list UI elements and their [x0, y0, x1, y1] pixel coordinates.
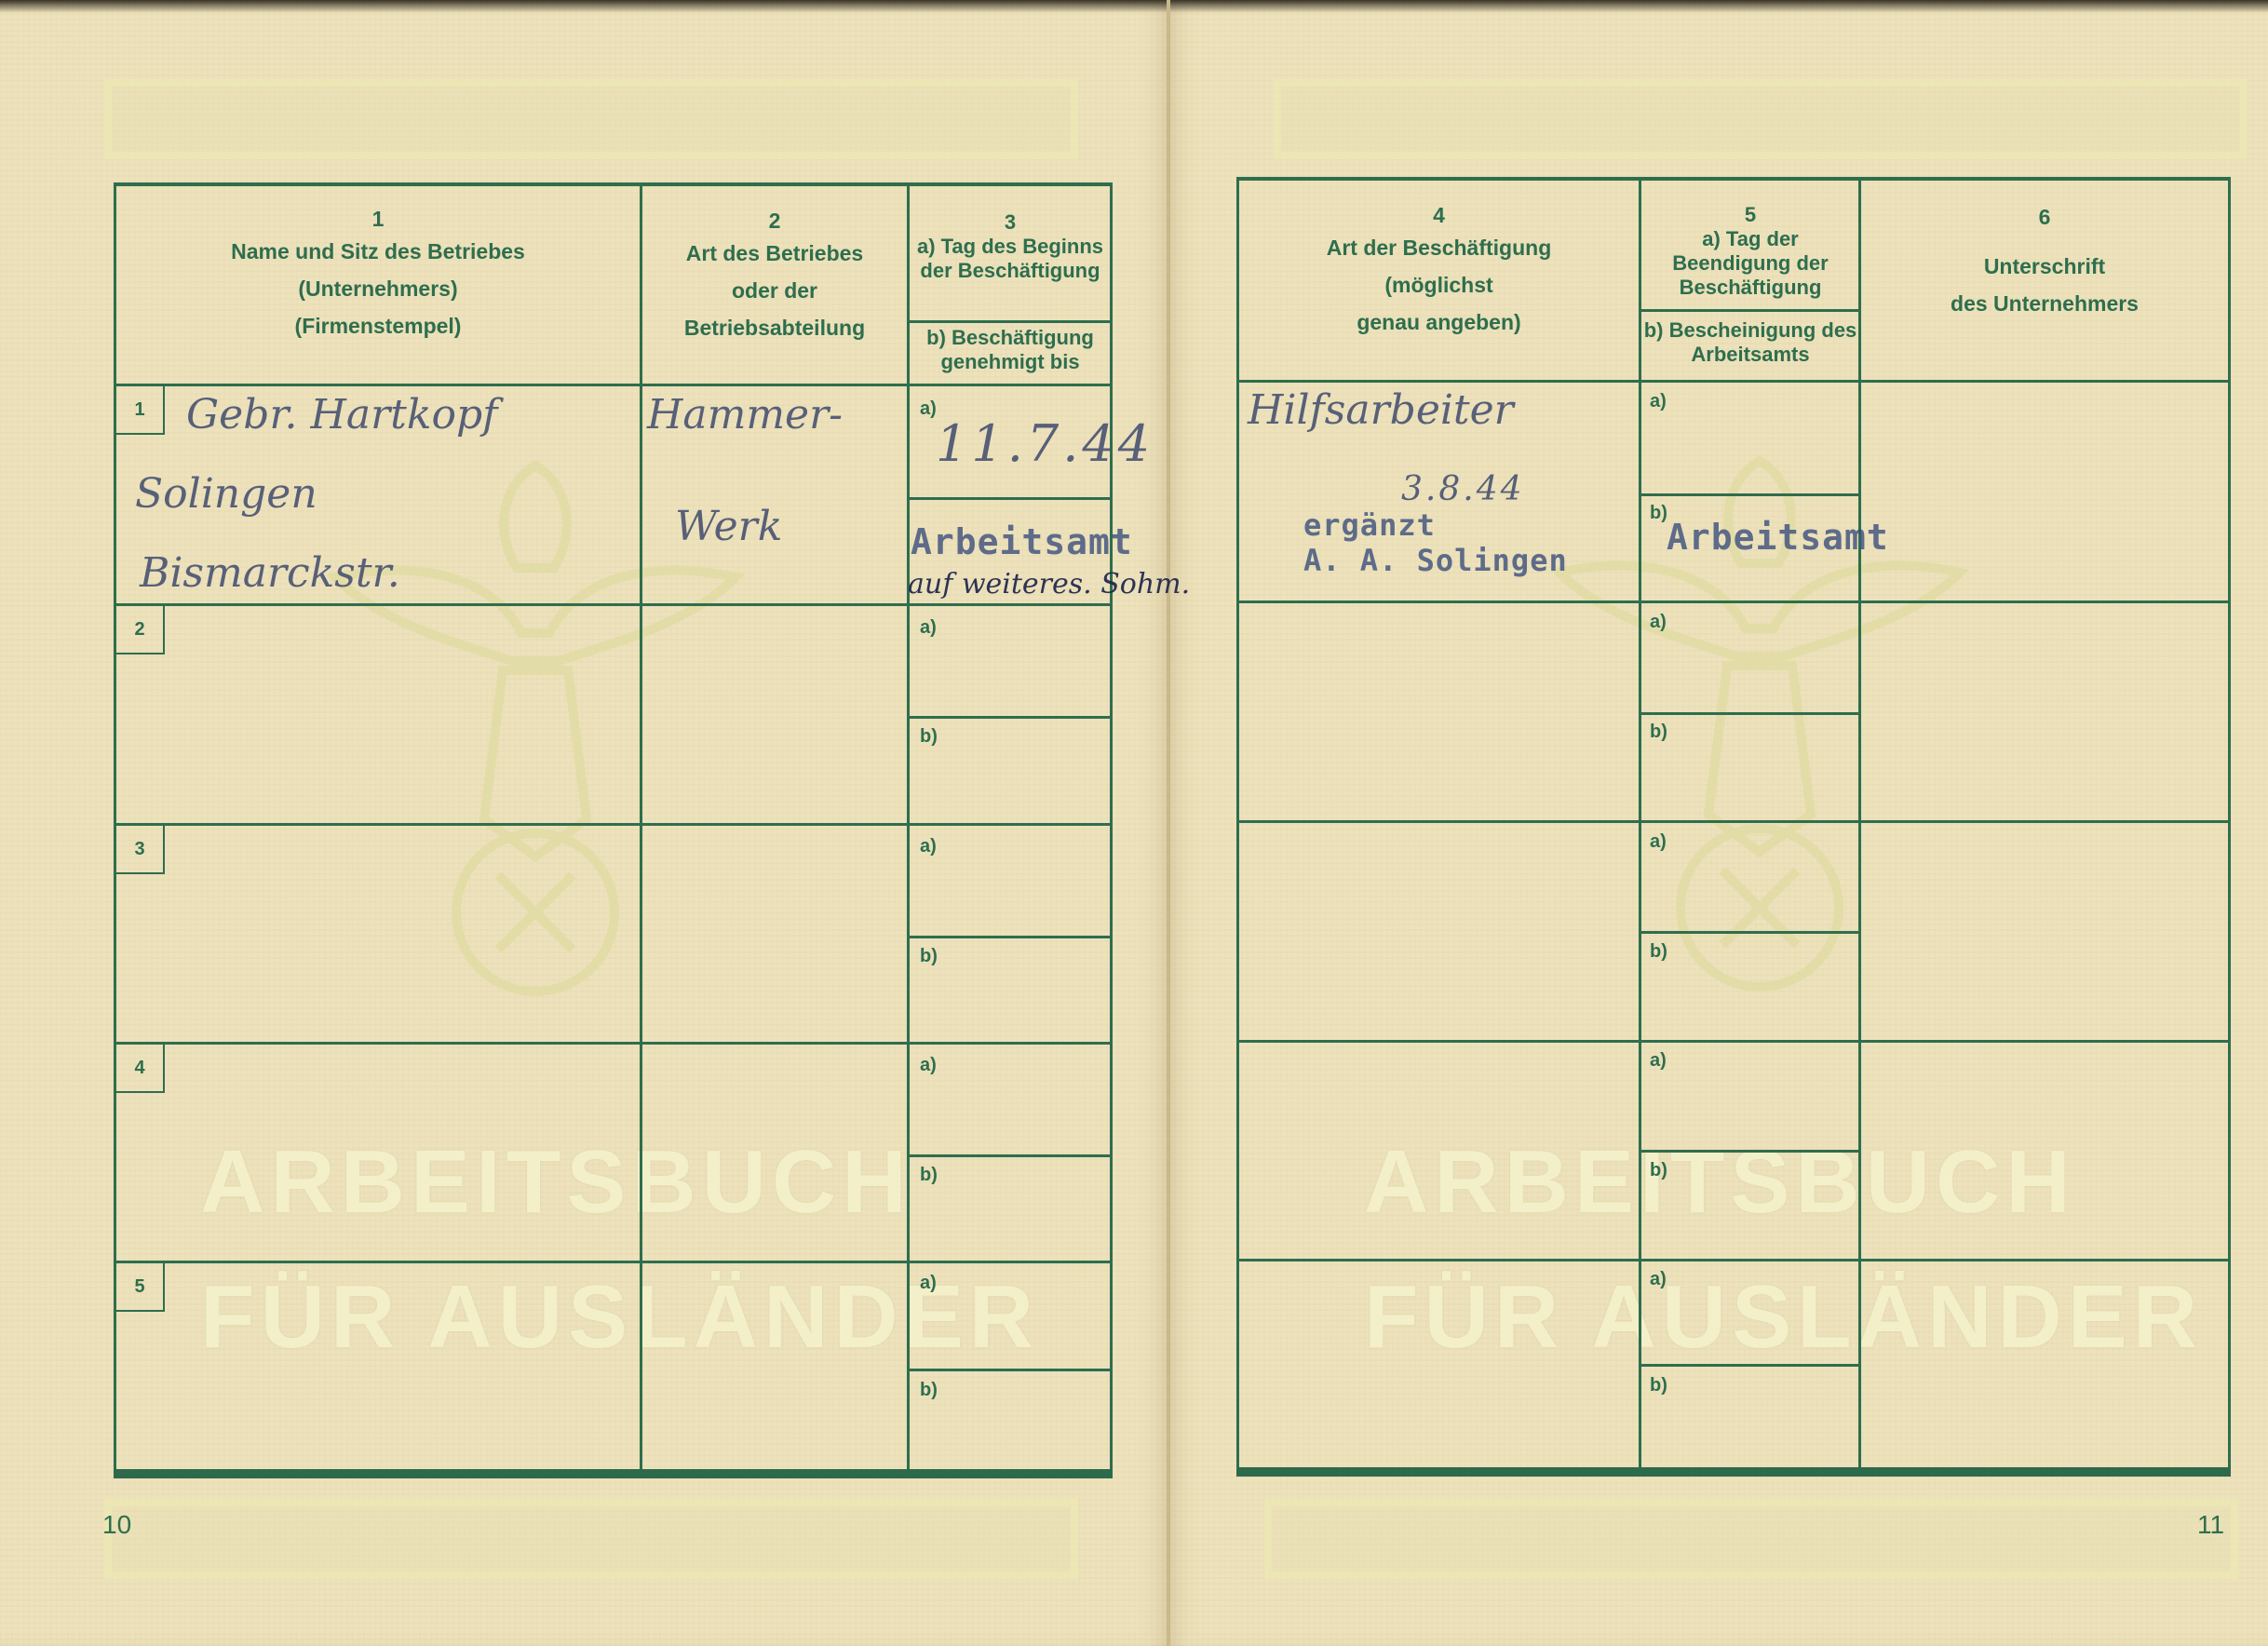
col5-number: 5	[1642, 203, 1858, 227]
right-header-bottom	[1236, 380, 2231, 383]
left-row-line-2	[114, 823, 1113, 826]
left-ab-split-row3	[907, 936, 1113, 938]
col2-subtitle: oder der	[642, 272, 907, 309]
right-col5b-header: b) Bescheinigung des Arbeitsamts	[1642, 318, 1858, 367]
col4-subtitle: (möglichst	[1239, 266, 1639, 304]
right-row2-b-marker: b)	[1650, 722, 1667, 743]
left-ab-split-row2	[907, 716, 1113, 719]
row1-company-street: Bismarckstr.	[140, 549, 400, 597]
left-table-border-right	[1110, 182, 1113, 1477]
col3a-label: a) Tag des Beginns der Beschäftigung	[912, 235, 1108, 283]
row-number-2: 2	[116, 606, 165, 654]
left-ab-split-row5	[907, 1369, 1113, 1371]
row1-arbeitsamt-certification-stamp: Arbeitsamt	[1667, 517, 1889, 558]
stamp-line-1: ergänzt	[1303, 507, 1568, 543]
left-ab-split-row4	[907, 1154, 1113, 1157]
top-banner-right	[1274, 79, 2248, 159]
bottom-banner-right	[1264, 1499, 2238, 1579]
left-row3-b-marker: b)	[920, 946, 938, 967]
row1-approval-note: auf weiteres. Sohm.	[908, 568, 1190, 600]
col6-title: Unterschrift	[1861, 248, 2228, 285]
col6-subtitle: des Unternehmers	[1861, 285, 2228, 322]
right-row4-b-marker: b)	[1650, 1160, 1667, 1181]
left-col-divider-2	[907, 182, 910, 1477]
row1-company-city: Solingen	[135, 470, 317, 518]
row1-end-date: 3.8.44	[1401, 470, 1525, 508]
right-table-bottom-rule	[1236, 1467, 2231, 1477]
left-ab-split-row1	[907, 497, 1113, 500]
left-col3a-header: 3 a) Tag des Beginns der Beschäftigung	[912, 210, 1108, 283]
stamp-line-2: A. A. Solingen	[1303, 543, 1568, 578]
row-number-3: 3	[116, 826, 165, 874]
right-row-line-4	[1236, 1259, 2231, 1261]
right-ab-split-row3	[1639, 931, 1861, 934]
page-number-left: 10	[102, 1510, 131, 1540]
col1-note: (Firmenstempel)	[116, 307, 640, 344]
watermark-right-line1: ARBEITSBUCH	[1364, 1131, 2076, 1234]
watermark-right-line2: FÜR AUSLÄNDER	[1364, 1266, 2203, 1369]
left-row1-a-marker: a)	[920, 398, 937, 420]
col5a-label: a) Tag der Beendigung der Beschäftigung	[1642, 227, 1858, 300]
right-row3-a-marker: a)	[1650, 831, 1667, 853]
right-ab-split-row5	[1639, 1364, 1861, 1367]
col4-note: genau angeben)	[1239, 304, 1639, 341]
left-row5-a-marker: a)	[920, 1273, 937, 1294]
col2-title: Art des Betriebes	[642, 235, 907, 272]
left-row-line-4	[114, 1261, 1113, 1263]
right-row5-a-marker: a)	[1650, 1269, 1667, 1290]
left-row-line-1	[114, 603, 1113, 606]
right-col-divider-1	[1639, 177, 1641, 1475]
left-row4-a-marker: a)	[920, 1055, 937, 1076]
right-header-ab-split	[1639, 309, 1861, 312]
left-table-top	[114, 182, 1113, 186]
top-banner-left	[104, 79, 1078, 159]
right-row1-b-marker: b)	[1650, 503, 1667, 524]
left-row-line-3	[114, 1042, 1113, 1045]
col3-number: 3	[912, 210, 1108, 235]
watermark-left-line1: ARBEITSBUCH	[200, 1131, 912, 1234]
page-number-right: 11	[2197, 1510, 2224, 1540]
right-row-line-3	[1236, 1040, 2231, 1043]
right-ab-split-row2	[1639, 712, 1861, 715]
col4-title: Art der Beschäftigung	[1239, 229, 1639, 266]
left-header-ab-split	[907, 320, 1113, 323]
right-ab-split-row1	[1639, 493, 1861, 496]
col1-number: 1	[116, 205, 640, 233]
row-number-4: 4	[116, 1045, 165, 1093]
open-booklet-spread: ARBEITSBUCH FÜR AUSLÄNDER ARBEITSBUCH FÜ…	[0, 0, 2268, 1646]
row1-business-type-1: Hammer-	[647, 391, 843, 438]
left-row3-a-marker: a)	[920, 836, 937, 857]
book-spine	[1167, 0, 1170, 1646]
watermark-left-line2: FÜR AUSLÄNDER	[200, 1266, 1039, 1369]
right-row1-a-marker: a)	[1650, 391, 1667, 412]
left-row2-a-marker: a)	[920, 617, 937, 639]
right-col6-header: 6 Unterschrift des Unternehmers	[1861, 203, 2228, 322]
right-ab-split-row4	[1639, 1150, 1861, 1153]
col1-title: Name und Sitz des Betriebes	[116, 233, 640, 270]
left-col1-header: 1 Name und Sitz des Betriebes (Unternehm…	[116, 205, 640, 344]
row1-occupation: Hilfsarbeiter	[1248, 386, 1514, 434]
right-row4-a-marker: a)	[1650, 1050, 1667, 1072]
left-row4-b-marker: b)	[920, 1165, 938, 1186]
row1-supplement-stamp: ergänzt A. A. Solingen	[1303, 507, 1568, 578]
left-row5-b-marker: b)	[920, 1380, 938, 1401]
bottom-banner-left	[104, 1499, 1078, 1579]
left-col2-header: 2 Art des Betriebes oder der Betriebsabt…	[642, 207, 907, 346]
right-row-line-2	[1236, 820, 2231, 823]
right-col5a-header: 5 a) Tag der Beendigung der Beschäftigun…	[1642, 203, 1858, 300]
col6-number: 6	[1861, 203, 2228, 231]
row-number-5: 5	[116, 1263, 165, 1312]
right-row-line-1	[1236, 600, 2231, 603]
left-col-divider-1	[640, 182, 642, 1477]
top-edge-shadow	[0, 0, 2268, 13]
right-row3-b-marker: b)	[1650, 941, 1667, 963]
right-col-divider-2	[1858, 177, 1861, 1475]
col2-note: Betriebsabteilung	[642, 309, 907, 346]
row-number-1: 1	[116, 386, 165, 435]
row1-business-type-2: Werk	[675, 503, 782, 550]
right-col4-header: 4 Art der Beschäftigung (möglichst genau…	[1239, 201, 1639, 341]
right-table-border-left	[1236, 177, 1239, 1475]
col4-number: 4	[1239, 201, 1639, 229]
row1-start-date: 11.7.44	[936, 414, 1154, 473]
row1-arbeitsamt-stamp: Arbeitsamt	[911, 521, 1133, 562]
right-row5-b-marker: b)	[1650, 1375, 1667, 1396]
col2-number: 2	[642, 207, 907, 235]
left-col3b-header: b) Beschäftigung genehmigt bis	[911, 326, 1110, 374]
right-table-border-right	[2228, 177, 2231, 1475]
row1-company-name: Gebr. Hartkopf	[186, 391, 497, 438]
col1-subtitle: (Unternehmers)	[116, 270, 640, 307]
left-header-bottom	[114, 384, 1113, 386]
left-row2-b-marker: b)	[920, 726, 938, 748]
left-table-bottom-rule	[114, 1469, 1113, 1478]
right-table-top	[1236, 177, 2231, 181]
right-row2-a-marker: a)	[1650, 612, 1667, 633]
